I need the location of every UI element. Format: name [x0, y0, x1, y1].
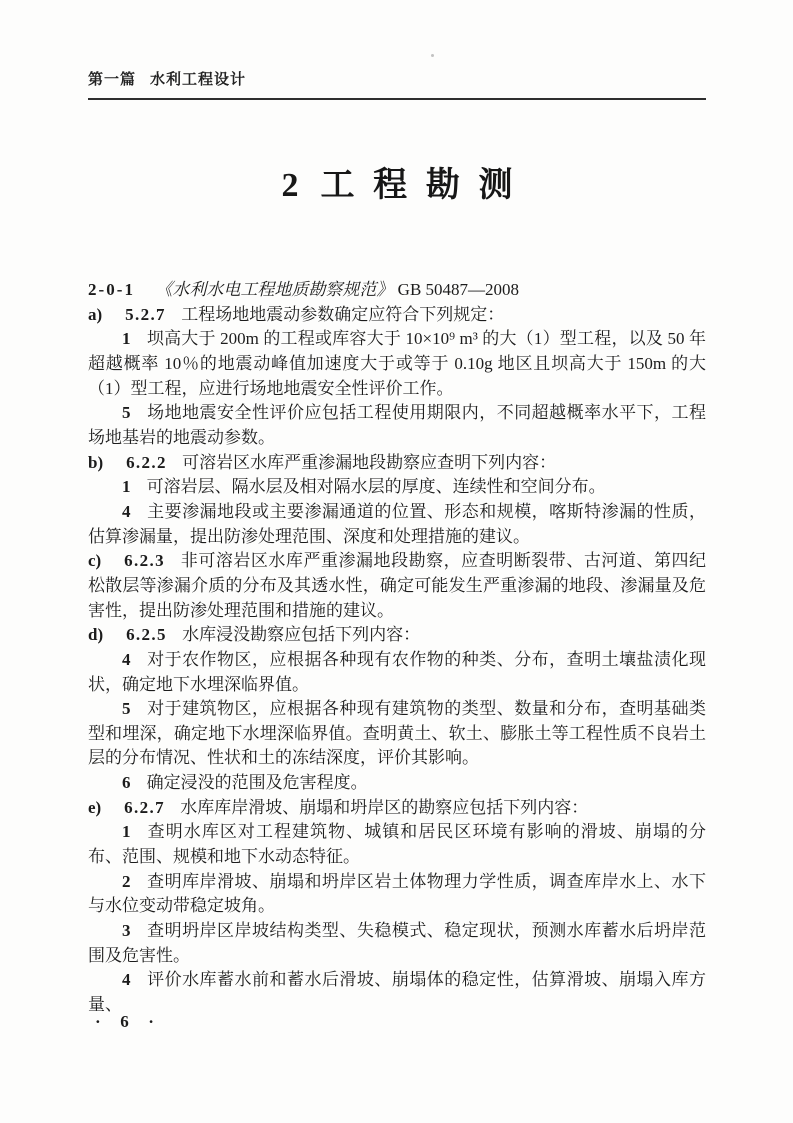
item-paragraph: 4主要渗漏地段或主要渗漏通道的位置、形态和规模，喀斯特渗漏的性质，估算渗漏量，提… [88, 500, 706, 549]
header-title-label: 水利工程设计 [150, 71, 246, 88]
item-number: 4 [122, 970, 131, 989]
clause-number: 6.2.7 [124, 798, 165, 817]
clause-letter: b) [88, 453, 103, 472]
item-paragraph: 2查明库岸滑坡、崩塌和坍岸区岩土体物理力学性质，调查库岸水上、水下与水位变动带稳… [88, 870, 706, 919]
paragraph-text: 非可溶岩区水库严重渗漏地段勘察，应查明断裂带、古河道、第四纪松散层等渗漏介质的分… [88, 551, 706, 619]
item-number: 1 [122, 329, 131, 348]
clause-letter: a) [88, 305, 102, 324]
paragraph-text: 对于农作物区，应根据各种现有农作物的种类、分布，查明土壤盐渍化现状，确定地下水埋… [88, 650, 706, 694]
document-page: 第一篇水利工程设计 2工程勘测 2-0-1《水利水电工程地质勘察规范》GB 50… [0, 0, 793, 1123]
paragraph-text: 水库库岸滑坡、崩塌和坍岸区的勘察应包括下列内容： [180, 798, 588, 817]
reference-standard-code: GB 50487—2008 [398, 280, 519, 299]
clause-paragraph: e)6.2.7水库库岸滑坡、崩塌和坍岸区的勘察应包括下列内容： [88, 796, 706, 821]
paragraph-text: 可溶岩层、隔水层及相对隔水层的厚度、连续性和空间分布。 [147, 477, 606, 496]
paragraph-text: 查明水库区对工程建筑物、城镇和居民区环境有影响的滑坡、崩塌的分布、范围、规模和地… [88, 822, 706, 866]
chapter-title: 2工程勘测 [88, 164, 706, 208]
clause-number: 6.2.5 [126, 625, 167, 644]
paragraph-text: 主要渗漏地段或主要渗漏通道的位置、形态和规模，喀斯特渗漏的性质，估算渗漏量，提出… [88, 502, 706, 546]
page-number: · 6 · [95, 1012, 162, 1032]
paragraph-text: 确定浸没的范围及危害程度。 [147, 773, 368, 792]
clause-paragraph: d)6.2.5水库浸没勘察应包括下列内容： [88, 623, 706, 648]
page-header: 第一篇水利工程设计 [88, 0, 706, 90]
item-number: 3 [122, 921, 131, 940]
clause-letter: d) [88, 625, 103, 644]
paragraph-text: 查明坍岸区岸坡结构类型、失稳模式、稳定现状，预测水库蓄水后坍岸范围及危害性。 [88, 921, 706, 965]
paragraph-text: 场地地震安全性评价应包括工程使用期限内，不同超越概率水平下，工程场地基岩的地震动… [88, 403, 706, 447]
clause-paragraph: a)5.2.7工程场地地震动参数确定应符合下列规定： [88, 303, 706, 328]
body-paragraphs: a)5.2.7工程场地地震动参数确定应符合下列规定：1坝高大于 200m 的工程… [88, 303, 706, 1018]
paragraph-text: 工程场地地震动参数确定应符合下列规定： [181, 305, 504, 324]
item-paragraph: 3查明坍岸区岸坡结构类型、失稳模式、稳定现状，预测水库蓄水后坍岸范围及危害性。 [88, 919, 706, 968]
chapter-name: 工程勘测 [320, 167, 531, 204]
paragraph-text: 水库浸没勘察应包括下列内容： [182, 625, 420, 644]
item-paragraph: 5对于建筑物区，应根据各种现有建筑物的类型、数量和分布，查明基础类型和埋深，确定… [88, 697, 706, 771]
item-paragraph: 5场地地震安全性评价应包括工程使用期限内，不同超越概率水平下，工程场地基岩的地震… [88, 401, 706, 450]
paragraph-text: 评价水库蓄水前和蓄水后滑坡、崩塌体的稳定性，估算滑坡、崩塌入库方量、 [88, 970, 706, 1014]
header-rule [88, 98, 706, 100]
clause-paragraph: c)6.2.3非可溶岩区水库严重渗漏地段勘察，应查明断裂带、古河道、第四纪松散层… [88, 549, 706, 623]
clause-number: 6.2.2 [126, 453, 167, 472]
reference-line: 2-0-1《水利水电工程地质勘察规范》GB 50487—2008 [88, 278, 706, 303]
paragraph-text: 对于建筑物区，应根据各种现有建筑物的类型、数量和分布，查明基础类型和埋深，确定地… [88, 699, 706, 767]
scan-speck [431, 54, 434, 57]
item-paragraph: 4评价水库蓄水前和蓄水后滑坡、崩塌体的稳定性，估算滑坡、崩塌入库方量、 [88, 968, 706, 1017]
clause-letter: e) [88, 798, 101, 817]
clause-number: 6.2.3 [124, 551, 165, 570]
paragraph-text: 可溶岩区水库严重渗漏地段勘察应查明下列内容： [182, 453, 556, 472]
item-number: 6 [122, 773, 131, 792]
reference-book-title: 《水利水电工程地质勘察规范》 [155, 280, 393, 299]
paragraph-text: 坝高大于 200m 的工程或库容大于 10×10⁹ m³ 的大（1）型工程，以及… [88, 329, 706, 397]
item-paragraph: 1可溶岩层、隔水层及相对隔水层的厚度、连续性和空间分布。 [88, 475, 706, 500]
item-number: 2 [122, 872, 131, 891]
reference-number: 2-0-1 [88, 280, 135, 299]
item-paragraph: 1坝高大于 200m 的工程或库容大于 10×10⁹ m³ 的大（1）型工程，以… [88, 327, 706, 401]
chapter-number: 2 [281, 167, 298, 204]
item-number: 4 [122, 502, 131, 521]
item-number: 1 [122, 822, 131, 841]
clause-letter: c) [88, 551, 101, 570]
item-number: 1 [122, 477, 131, 496]
item-paragraph: 1查明水库区对工程建筑物、城镇和居民区环境有影响的滑坡、崩塌的分布、范围、规模和… [88, 820, 706, 869]
item-paragraph: 4对于农作物区，应根据各种现有农作物的种类、分布，查明土壤盐渍化现状，确定地下水… [88, 648, 706, 697]
item-paragraph: 6确定浸没的范围及危害程度。 [88, 771, 706, 796]
clause-paragraph: b)6.2.2可溶岩区水库严重渗漏地段勘察应查明下列内容： [88, 451, 706, 476]
item-number: 5 [122, 403, 131, 422]
item-number: 4 [122, 650, 131, 669]
header-part-label: 第一篇 [88, 71, 136, 88]
clause-number: 5.2.7 [125, 305, 166, 324]
paragraph-text: 查明库岸滑坡、崩塌和坍岸区岩土体物理力学性质，调查库岸水上、水下与水位变动带稳定… [88, 872, 706, 916]
body-text: 2-0-1《水利水电工程地质勘察规范》GB 50487—2008 a)5.2.7… [88, 278, 706, 1018]
item-number: 5 [122, 699, 131, 718]
